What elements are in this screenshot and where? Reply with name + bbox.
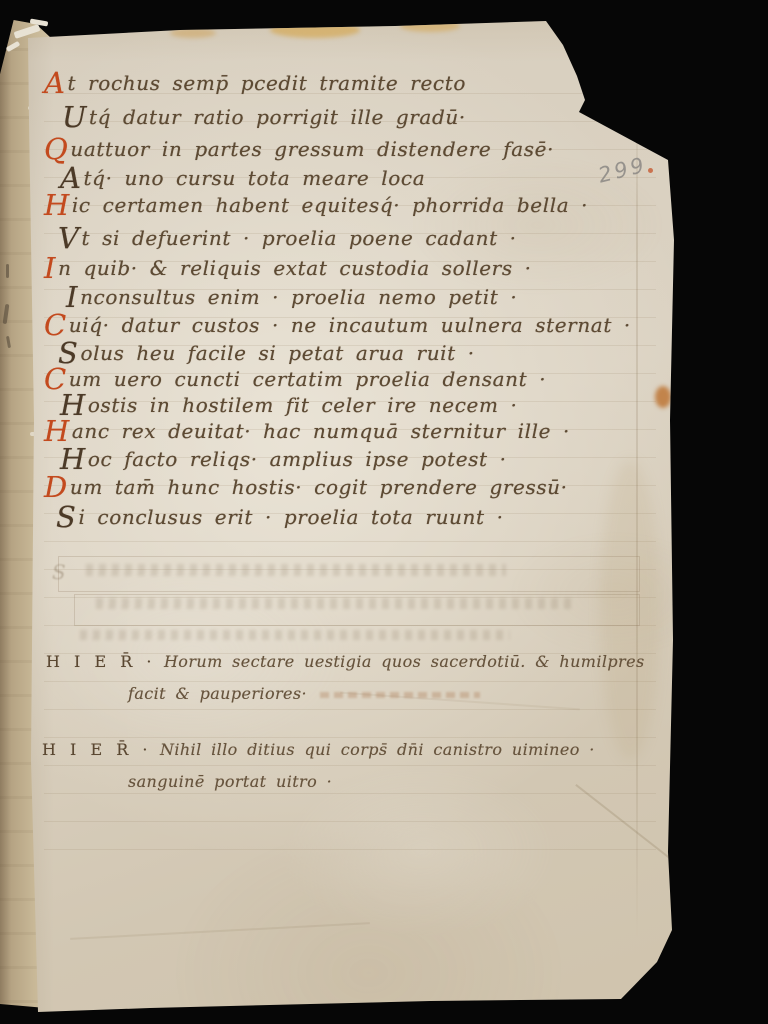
verse-text: uattuor in partes gressum distendere fas… (70, 137, 554, 161)
spine-ink-mark (6, 336, 11, 348)
verse-text: olus heu facile si petat arua ruit · (80, 341, 474, 365)
vertical-crease (636, 60, 638, 940)
verse-line: Solus heu facile si petat arua ruit · (58, 342, 475, 365)
verse-text: i conclusus erit · proelia tota ruunt · (78, 505, 503, 529)
verse-line: Utq́ datur ratio porrigit ille gradū· (62, 106, 466, 129)
verse-line: In quib· & reliquis extat custodia solle… (44, 257, 532, 280)
verse-line: Dum tam̄ hunc hostis· cogit prendere gre… (44, 476, 568, 499)
spine-ink-mark (3, 304, 10, 324)
erased-visible-letter: S (52, 560, 66, 584)
verse-text: n quib· & reliquis extat custodia soller… (58, 256, 532, 280)
verse-text: tq́ datur ratio porrigit ille gradū· (89, 105, 466, 129)
verse-text: nconsultus enim · proelia nemo petit · (80, 285, 517, 309)
stain (270, 22, 360, 38)
stain (170, 28, 216, 38)
verse-line: Cum uero cuncti certatim proelia densant… (44, 368, 546, 391)
verse-line: Hostis in hostilem fit celer ire necem · (60, 394, 517, 417)
ink-initial: U (62, 100, 87, 134)
verse-text: uiq́· datur custos · ne incautum uulnera… (69, 313, 631, 337)
verse-line: Quattuor in partes gressum distendere fa… (44, 138, 554, 161)
erased-line (96, 598, 576, 609)
verse-text: oc facto reliqs· amplius ipse potest · (88, 447, 507, 471)
gloss-label: H I E R̄ · (46, 652, 154, 671)
gloss-text: Nihil illo ditius qui corps̄ dn̄i canist… (160, 740, 595, 759)
rubricated-initial: A (44, 66, 66, 100)
gloss-text: sanguinē portat uitro · (128, 772, 332, 791)
verse-text: ostis in hostilem fit celer ire necem · (88, 393, 518, 417)
rubricated-initial: H (44, 188, 70, 222)
red-ink-dot (648, 168, 653, 173)
spine-ink-mark (6, 264, 9, 278)
verse-line: Hoc facto reliqs· amplius ipse potest · (60, 448, 507, 471)
verse-text: t rochus semp̄ pcedit tramite recto (68, 71, 466, 95)
gloss-text: facit & pauperiores· (128, 684, 307, 703)
verse-line: Vt si defuerint · proelia poene cadant · (58, 227, 517, 250)
gloss-label: H I E R̄ · (42, 740, 150, 759)
parchment-page: At rochus semp̄ pcedit tramite rectoUtq́… (0, 0, 768, 1024)
ink-initial: I (66, 280, 78, 314)
verse-line: At rochus semp̄ pcedit tramite recto (44, 72, 466, 95)
verse-line: Cuiq́· datur custos · ne incautum uulner… (44, 314, 631, 337)
erased-line (86, 564, 506, 576)
verse-line: Hanc rex deuitat· hac numquā sternitur i… (44, 420, 570, 443)
verse-line: Atq́· uno cursu tota meare loca (60, 167, 425, 190)
erased-line (80, 630, 510, 640)
manuscript-photo: At rochus semp̄ pcedit tramite rectoUtq́… (0, 0, 768, 1024)
verse-line: Inconsultus enim · proelia nemo petit · (66, 286, 517, 309)
rubricated-initial: D (44, 470, 68, 504)
verse-text: anc rex deuitat· hac numquā sternitur il… (72, 419, 570, 443)
verse-line: Si conclusus erit · proelia tota ruunt · (56, 506, 504, 529)
rust-spot (655, 386, 671, 408)
verse-text: um uero cuncti certatim proelia densant … (69, 367, 546, 391)
stain (400, 20, 460, 32)
ink-initial: V (58, 221, 80, 255)
verse-text: t si defuerint · proelia poene cadant · (82, 226, 517, 250)
verse-text: tq́· uno cursu tota meare loca (84, 166, 426, 190)
gloss-text: Horum sectare uestigia quos sacerdotiū. … (164, 652, 645, 671)
verse-text: um tam̄ hunc hostis· cogit prendere gres… (70, 475, 568, 499)
ink-initial: S (56, 500, 76, 534)
verse-text: ic certamen habent equitesq́· phorrida b… (72, 193, 588, 217)
verse-line: Hic certamen habent equitesq́· phorrida … (44, 194, 588, 217)
rubricated-initial: I (44, 251, 56, 285)
faded-scribble (320, 692, 480, 698)
